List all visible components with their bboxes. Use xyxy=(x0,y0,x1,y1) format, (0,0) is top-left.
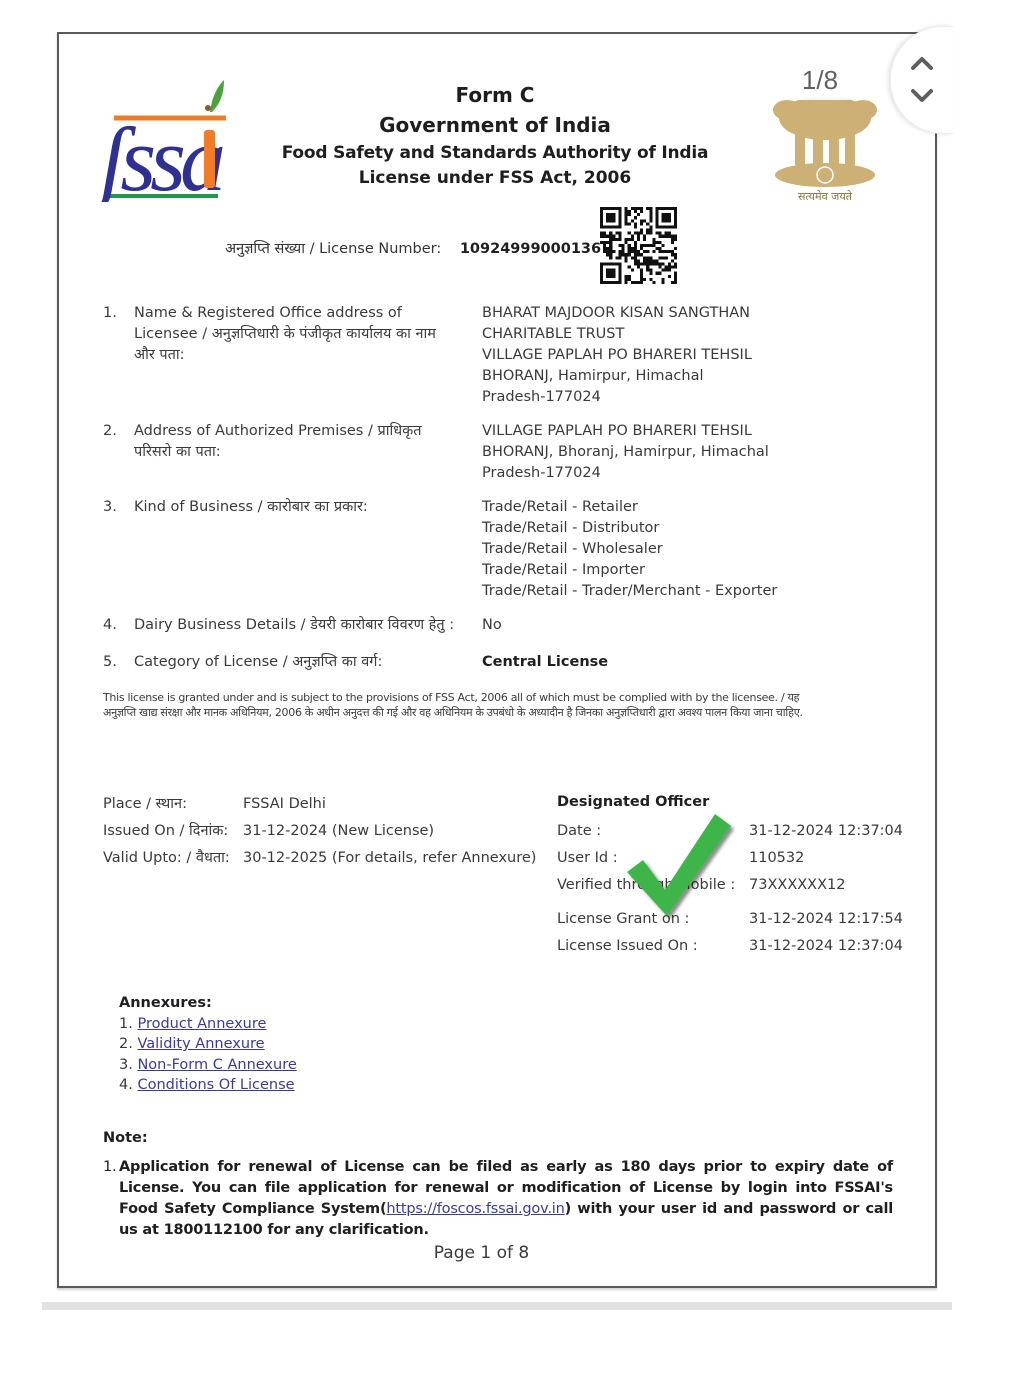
value-line: Trade/Retail - Retailer xyxy=(482,497,822,518)
qr-code xyxy=(600,207,677,284)
value-line: Trade/Retail - Wholesaler xyxy=(482,539,822,560)
value-line: VILLAGE PAPLAH PO BHARERI TEHSIL xyxy=(482,421,822,442)
form-title: Form C xyxy=(270,80,720,110)
chevron-up-icon[interactable] xyxy=(909,52,935,74)
value-line: VILLAGE PAPLAH PO BHARERI TEHSIL xyxy=(482,345,822,366)
government-title: Government of India xyxy=(270,110,720,140)
license-number-row: अनुज्ञप्ति संख्या / License Number: 1092… xyxy=(225,238,601,258)
license-issued-on: 31-12-2024 12:37:04 xyxy=(749,938,903,954)
annexures-section: Annexures: 1. Product Annexure 2. Validi… xyxy=(119,993,297,1096)
issued-label: Issued On / दिनांक: xyxy=(103,818,243,845)
svg-text:सत्यमेव जयते: सत्यमेव जयते xyxy=(798,190,853,203)
page-indicator: 1/8 xyxy=(785,60,855,100)
value-line: Trade/Retail - Importer xyxy=(482,560,822,581)
license-category-value: Central License xyxy=(482,652,822,673)
value-line: CHARITABLE TRUST xyxy=(482,324,822,345)
fssai-logo: ʃssa xyxy=(100,78,230,202)
non-form-c-annexure-link[interactable]: Non-Form C Annexure xyxy=(137,1057,296,1073)
foscos-link[interactable]: https://foscos.fssai.gov.in xyxy=(386,1201,564,1217)
premises-address-value: VILLAGE PAPLAH PO BHARERI TEHSILBHORANJ,… xyxy=(482,421,822,484)
licensee-name-value: BHARAT MAJDOOR KISAN SANGTHANCHARITABLE … xyxy=(482,303,822,408)
authority-title: Food Safety and Standards Authority of I… xyxy=(270,140,720,166)
license-grant-on: 31-12-2024 12:17:54 xyxy=(749,911,903,927)
annexures-heading: Annexures: xyxy=(119,993,297,1014)
license-disclaimer: This license is granted under and is sub… xyxy=(103,690,823,720)
issue-details: Place / स्थान:FSSAI Delhi Issued On / दि… xyxy=(103,791,536,872)
officer-date: 31-12-2024 12:37:04 xyxy=(749,823,903,839)
value-line: No xyxy=(482,615,822,636)
value-line: Pradesh-177024 xyxy=(482,387,822,408)
issued-value: 31-12-2024 (New License) xyxy=(243,823,434,839)
note-heading: Note: xyxy=(103,1128,893,1149)
note-item: 1.Application for renewal of License can… xyxy=(103,1157,893,1241)
document-title-block: Form C Government of India Food Safety a… xyxy=(270,80,720,190)
value-line: Pradesh-177024 xyxy=(482,463,822,484)
designated-officer-heading: Designated Officer xyxy=(557,791,903,813)
place-value: FSSAI Delhi xyxy=(243,796,326,812)
value-line: BHORANJ, Bhoranj, Hamirpur, Himachal xyxy=(482,442,822,463)
validity-annexure-link[interactable]: Validity Annexure xyxy=(137,1036,264,1052)
license-number-label: अनुज्ञप्ति संख्या / License Number: xyxy=(225,238,441,258)
value-line: BHORANJ, Hamirpur, Himachal xyxy=(482,366,822,387)
page-footer: Page 1 of 8 xyxy=(0,1243,963,1263)
designated-officer-block: Designated Officer Date :31-12-2024 12:3… xyxy=(557,791,903,965)
license-number-value: 10924999000136 xyxy=(460,241,601,257)
value-line: Trade/Retail - Trader/Merchant - Exporte… xyxy=(482,581,822,602)
chevron-down-icon[interactable] xyxy=(909,85,935,107)
value-line: BHARAT MAJDOOR KISAN SANGTHAN xyxy=(482,303,822,324)
value-line: Central License xyxy=(482,652,822,673)
conditions-of-license-link[interactable]: Conditions Of License xyxy=(137,1077,294,1093)
note-section: Note: 1.Application for renewal of Licen… xyxy=(103,1128,893,1241)
dairy-business-value: No xyxy=(482,615,822,636)
product-annexure-link[interactable]: Product Annexure xyxy=(137,1016,266,1032)
act-title: License under FSS Act, 2006 xyxy=(270,166,720,190)
valid-label: Valid Upto: / वैधता: xyxy=(103,845,243,872)
officer-user-id: 110532 xyxy=(749,850,804,866)
place-label: Place / स्थान: xyxy=(103,791,243,818)
officer-verified-mobile: 73XXXXXX12 xyxy=(749,877,846,893)
page-separator xyxy=(42,1302,952,1310)
value-line: Trade/Retail - Distributor xyxy=(482,518,822,539)
kind-of-business-value: Trade/Retail - RetailerTrade/Retail - Di… xyxy=(482,497,822,602)
valid-value: 30-12-2025 (For details, refer Annexure) xyxy=(243,850,536,866)
